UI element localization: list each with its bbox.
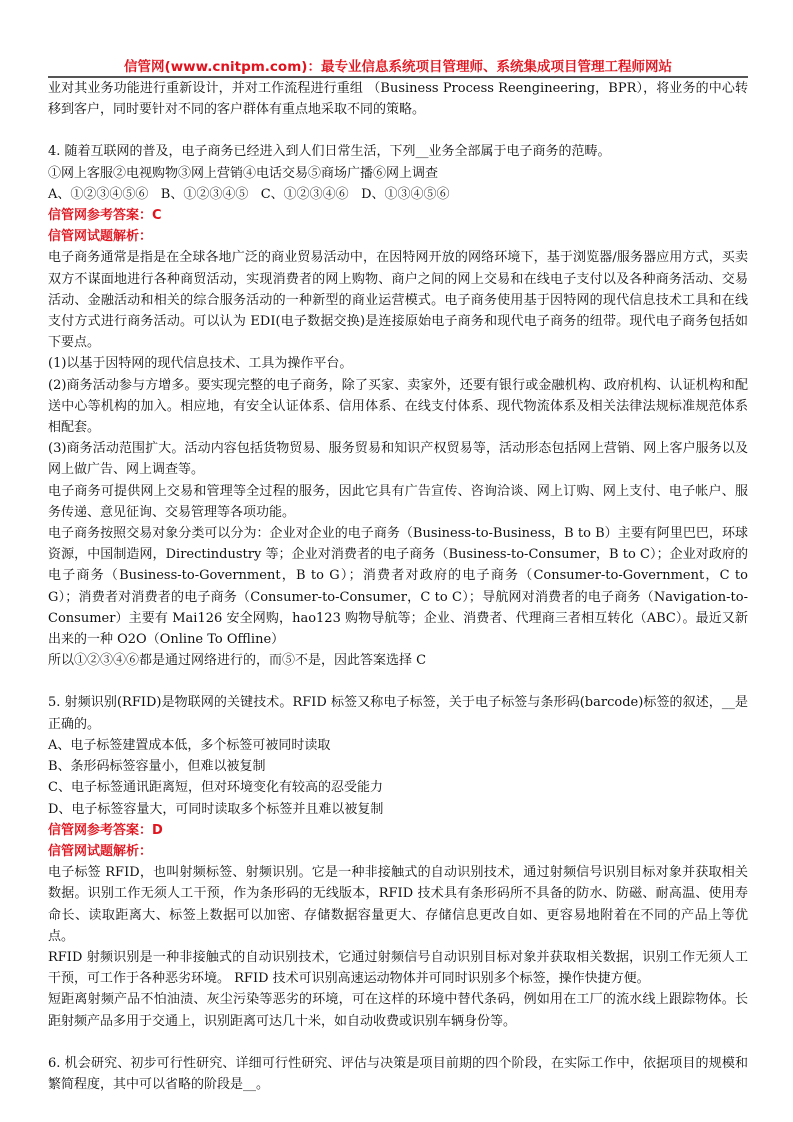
- analysis-paragraph: 电子商务可提供网上交易和管理等全过程的服务，因此它具有广告宣传、咨询洽谈、网上订…: [48, 481, 748, 523]
- intro-paragraph: 业对其业务功能进行重新设计，并对工作流程进行重组 （Business Proce…: [48, 78, 748, 120]
- document-body: 业对其业务功能进行重新设计，并对工作流程进行重组 （Business Proce…: [48, 78, 748, 1095]
- analysis-paragraph: (1)以基于因特网的现代信息技术、工具为操作平台。: [48, 353, 748, 374]
- option-a: A、电子标签建置成本低，多个标签可被同时读取: [48, 735, 748, 756]
- analysis-label: 信管网试题解析：: [48, 841, 748, 862]
- question-text: 6. 机会研究、初步可行性研究、详细可行性研究、评估与决策是项目前期的四个阶段，…: [48, 1053, 748, 1095]
- option-c: C、电子标签通讯距离短，但对环境变化有较高的忍受能力: [48, 777, 748, 798]
- question-options: A、①②③④⑤⑥ B、①②③④⑤ C、①②③④⑥ D、①③④⑤⑥: [48, 184, 748, 205]
- analysis-paragraph: 所以①②③④⑥都是通过网络进行的，而⑤不是，因此答案选择 C: [48, 650, 748, 671]
- answer-label: 信管网参考答案：C: [48, 205, 748, 226]
- answer-label: 信管网参考答案：D: [48, 820, 748, 841]
- analysis-paragraph: 电子标签 RFID，也叫射频标签、射频识别。它是一种非接触式的自动识别技术，通过…: [48, 862, 748, 947]
- question-text: 4. 随着互联网的普及，电子商务已经进入到人们日常生活，下列__业务全部属于电子…: [48, 141, 748, 162]
- question-5: 5. 射频识别(RFID)是物联网的关键技术。RFID 标签又称电子标签，关于电…: [48, 692, 748, 1031]
- question-4: 4. 随着互联网的普及，电子商务已经进入到人们日常生活，下列__业务全部属于电子…: [48, 141, 748, 671]
- analysis-paragraph: RFID 射频识别是一种非接触式的自动识别技术，它通过射频信号自动识别目标对象并…: [48, 947, 748, 989]
- spacer: [48, 120, 748, 141]
- option-d: D、电子标签容量大，可同时读取多个标签并且难以被复制: [48, 799, 748, 820]
- question-text: 5. 射频识别(RFID)是物联网的关键技术。RFID 标签又称电子标签，关于电…: [48, 692, 748, 734]
- question-6: 6. 机会研究、初步可行性研究、详细可行性研究、评估与决策是项目前期的四个阶段，…: [48, 1053, 748, 1095]
- analysis-paragraph: (3)商务活动范围扩大。活动内容包括货物贸易、服务贸易和知识产权贸易等，活动形态…: [48, 438, 748, 480]
- option-b: B、条形码标签容量小，但难以被复制: [48, 756, 748, 777]
- question-items: ①网上客服②电视购物③网上营销④电话交易⑤商场广播⑥网上调查: [48, 163, 748, 184]
- analysis-paragraph: 电子商务按照交易对象分类可以分为：企业对企业的电子商务（Business-to-…: [48, 523, 748, 650]
- analysis-paragraph: 电子商务通常是指是在全球各地广泛的商业贸易活动中，在因特网开放的网络环境下，基于…: [48, 247, 748, 353]
- page-header: 信管网(www.cnitpm.com)：最专业信息系统项目管理师、系统集成项目管…: [48, 55, 748, 75]
- analysis-label: 信管网试题解析：: [48, 226, 748, 247]
- analysis-paragraph: (2)商务活动参与方增多。要实现完整的电子商务，除了买家、卖家外，还要有银行或金…: [48, 375, 748, 439]
- analysis-paragraph: 短距离射频产品不怕油渍、灰尘污染等恶劣的环境，可在这样的环境中替代条码，例如用在…: [48, 989, 748, 1031]
- spacer: [48, 671, 748, 692]
- spacer: [48, 1032, 748, 1053]
